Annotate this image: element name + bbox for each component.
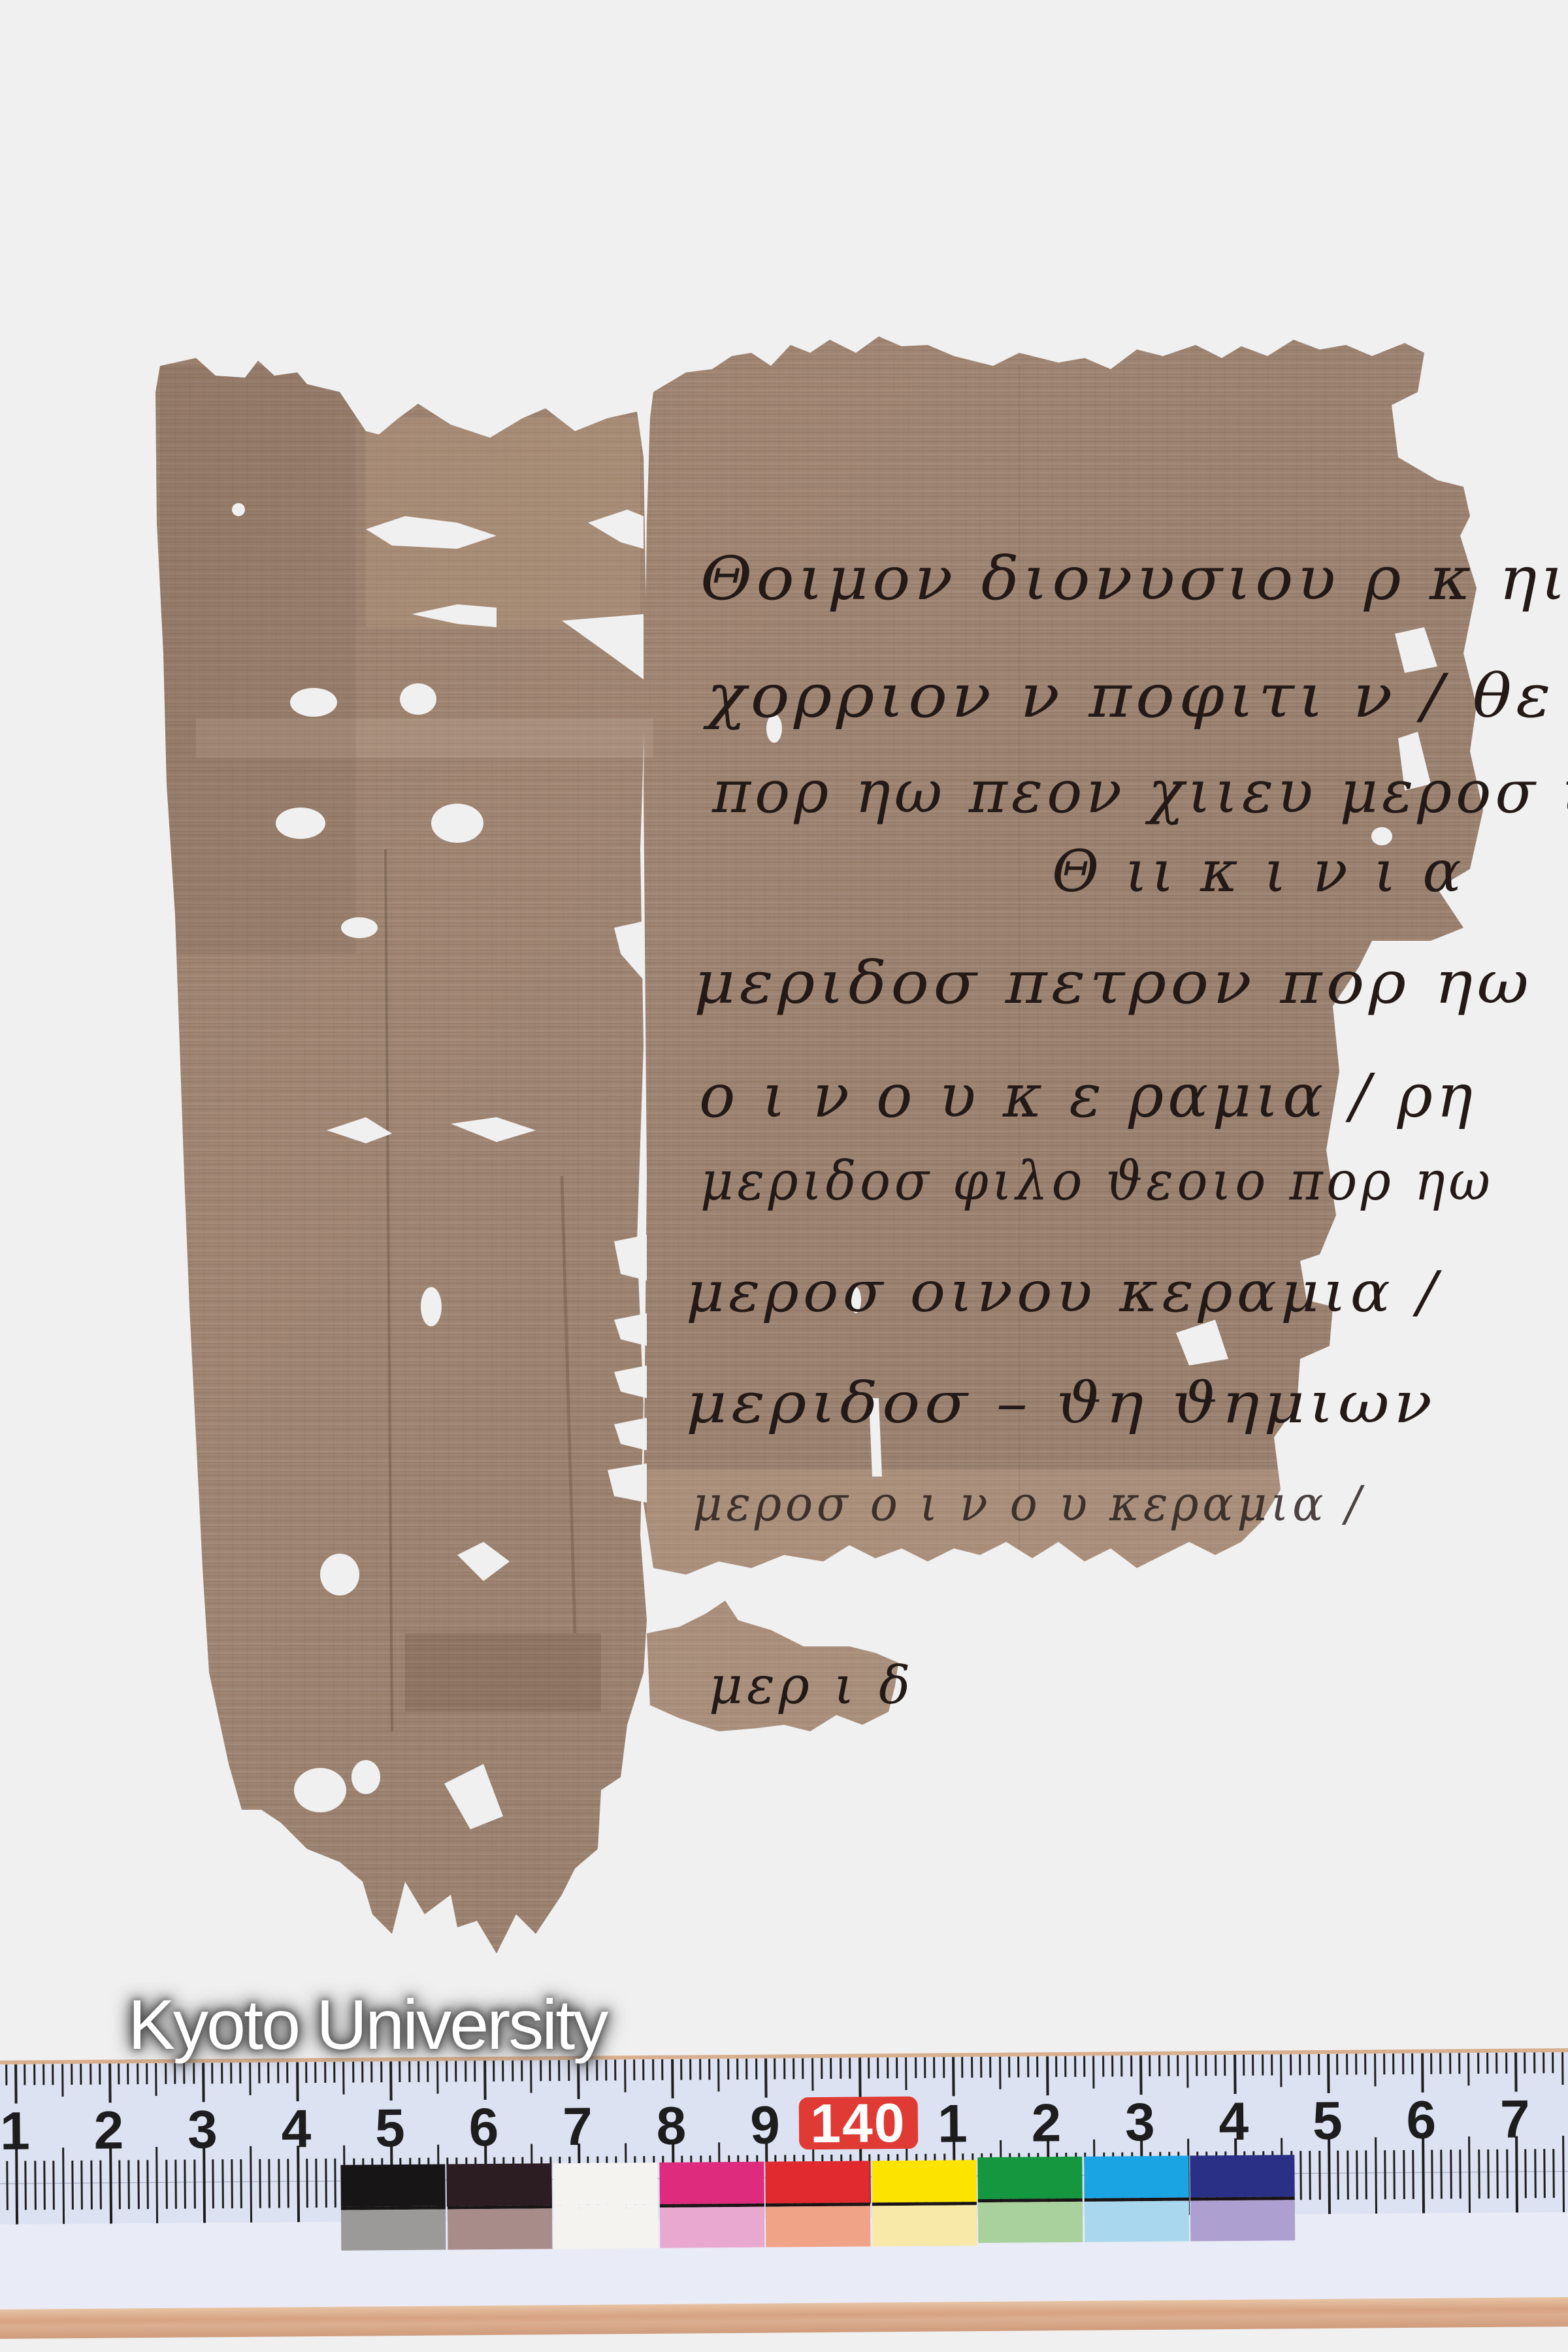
ruler-tick bbox=[1384, 2150, 1386, 2199]
ruler-tick bbox=[184, 2160, 187, 2209]
ruler-tick bbox=[1299, 2151, 1302, 2200]
ruler-tick bbox=[1562, 2136, 1565, 2213]
ruler-tick bbox=[1008, 2057, 1010, 2078]
ruler-tick bbox=[174, 2160, 177, 2209]
ruler-tick bbox=[1440, 2150, 1443, 2199]
ruler-number: 2 bbox=[82, 2104, 135, 2158]
ruler-tick bbox=[1430, 2053, 1432, 2074]
ruler-tick bbox=[53, 2161, 56, 2210]
color-chip-top bbox=[447, 2163, 551, 2206]
ruler-tick bbox=[25, 2161, 27, 2210]
ruler-tick bbox=[1196, 2055, 1198, 2076]
ruler-tick bbox=[258, 2063, 260, 2083]
ruler-tick bbox=[680, 2059, 682, 2080]
ruler-tick bbox=[325, 2159, 327, 2208]
ruler-tick bbox=[1411, 2053, 1413, 2074]
ruler-tick bbox=[689, 2059, 691, 2080]
ruler-tick bbox=[840, 2058, 841, 2079]
ruler-tick bbox=[1055, 2056, 1057, 2077]
ruler-number: 2 bbox=[1020, 2097, 1073, 2151]
ruler-tick bbox=[1543, 2149, 1546, 2198]
ruler-tick bbox=[1374, 2053, 1376, 2086]
ruler-tick bbox=[155, 2063, 157, 2096]
papyrus-text-line-6: ο ι ν ο υ κ ε ραμια ∕ ρη bbox=[699, 1066, 1477, 1126]
ruler-tick bbox=[1027, 2056, 1029, 2077]
ruler-tick bbox=[774, 2059, 776, 2080]
ruler-tick bbox=[1318, 2054, 1320, 2075]
ruler-tick bbox=[1318, 2151, 1321, 2200]
ruler-tick bbox=[1262, 2055, 1264, 2076]
ruler-tick bbox=[1158, 2055, 1160, 2076]
ruler-tick bbox=[811, 2058, 813, 2091]
ruler-tick bbox=[1243, 2055, 1245, 2076]
ruler-tick bbox=[783, 2058, 785, 2079]
ruler-tick bbox=[924, 2057, 926, 2078]
ruler-tick bbox=[1336, 2054, 1338, 2075]
ruler-tick bbox=[727, 2059, 729, 2080]
ruler-tick bbox=[1431, 2150, 1433, 2199]
ruler-tick bbox=[230, 2063, 232, 2083]
ruler-tick bbox=[652, 2059, 654, 2080]
color-chip-top bbox=[765, 2161, 870, 2203]
ruler-tick bbox=[1553, 2149, 1556, 2198]
ruler-tick bbox=[1036, 2056, 1038, 2077]
ruler-tick bbox=[1139, 2055, 1142, 2095]
ruler-tick bbox=[1477, 2053, 1479, 2074]
ruler-tick bbox=[6, 2161, 8, 2210]
color-chip-red bbox=[765, 2161, 870, 2247]
color-chip-bottom bbox=[447, 2208, 551, 2249]
ruler-tick bbox=[80, 2064, 82, 2085]
color-chip-yellow bbox=[872, 2160, 977, 2246]
color-chip-green bbox=[977, 2157, 1083, 2243]
ruler-tick bbox=[1356, 2151, 1358, 2200]
ruler-tick bbox=[896, 2057, 898, 2078]
ruler-tick bbox=[287, 2159, 289, 2208]
ruler-tick bbox=[1403, 2150, 1405, 2199]
ruler-tick bbox=[221, 2159, 224, 2208]
ruler-tick bbox=[1459, 2149, 1462, 2198]
ruler-tick bbox=[933, 2057, 935, 2078]
ruler-tick bbox=[868, 2057, 870, 2078]
color-chip-cyan bbox=[1084, 2156, 1189, 2242]
ruler-tick bbox=[1486, 2053, 1488, 2074]
ruler-tick bbox=[1355, 2054, 1357, 2075]
ruler-tick bbox=[269, 2159, 271, 2208]
ruler-tick bbox=[61, 2064, 63, 2097]
ruler-tick bbox=[1092, 2056, 1094, 2089]
ruler-tick bbox=[90, 2161, 93, 2210]
ruler-highlight-badge: 140 bbox=[798, 2097, 918, 2149]
color-chip-bottom bbox=[1190, 2200, 1295, 2241]
ruler-tick bbox=[745, 2059, 747, 2080]
ruler-tick bbox=[211, 2063, 213, 2083]
ruler-number: 5 bbox=[364, 2102, 417, 2156]
ruler-tick bbox=[1111, 2055, 1113, 2076]
ruler-tick bbox=[1524, 2053, 1526, 2074]
ruler-tick bbox=[128, 2160, 131, 2209]
ruler-tick bbox=[717, 2059, 719, 2091]
ruler-tick bbox=[849, 2058, 851, 2079]
ruler-tick bbox=[1149, 2055, 1151, 2076]
ruler-tick bbox=[33, 2064, 35, 2085]
color-chip-bottom bbox=[553, 2208, 658, 2249]
ruler-tick bbox=[5, 2065, 7, 2085]
ruler-tick bbox=[999, 2057, 1001, 2089]
ruler-tick bbox=[1450, 2149, 1452, 2198]
ruler-tick bbox=[249, 2063, 251, 2095]
ruler-tick bbox=[118, 2160, 121, 2209]
ruler-tick bbox=[887, 2057, 889, 2078]
ruler-tick bbox=[1364, 2053, 1366, 2074]
ruler-number: 6 bbox=[457, 2101, 510, 2155]
ruler-tick bbox=[1337, 2151, 1340, 2200]
ruler-tick bbox=[221, 2063, 223, 2083]
ruler-tick bbox=[296, 2062, 299, 2101]
color-chip-top bbox=[872, 2160, 976, 2202]
ruler-tick bbox=[1046, 2056, 1049, 2095]
color-chip-top bbox=[340, 2164, 445, 2206]
ruler-tick bbox=[286, 2062, 288, 2083]
ruler-tick bbox=[1215, 2055, 1217, 2076]
ruler-tick bbox=[1552, 2052, 1554, 2073]
ruler-tick bbox=[277, 2062, 279, 2083]
ruler-tick bbox=[1394, 2150, 1396, 2199]
ruler-tick bbox=[1533, 2052, 1535, 2073]
ruler-tick bbox=[1467, 2053, 1469, 2085]
ruler-tick bbox=[1497, 2149, 1499, 2198]
ruler-tick bbox=[671, 2059, 674, 2099]
ruler-number: 1 bbox=[0, 2104, 41, 2159]
ruler-tick bbox=[1186, 2055, 1188, 2088]
ruler-tick bbox=[952, 2057, 955, 2096]
ruler-tick bbox=[34, 2161, 37, 2210]
ruler-tick bbox=[1120, 2055, 1122, 2076]
color-chip-magenta bbox=[659, 2162, 764, 2248]
ruler-tick bbox=[1074, 2056, 1076, 2077]
ruler-tick bbox=[1271, 2055, 1273, 2076]
ruler-tick bbox=[708, 2059, 710, 2080]
ruler-number: 7 bbox=[551, 2100, 604, 2155]
ruler-number: 4 bbox=[270, 2102, 323, 2157]
ruler-tick bbox=[615, 2059, 617, 2080]
ruler-tick bbox=[137, 2160, 140, 2209]
ruler-tick bbox=[792, 2058, 794, 2079]
color-chip-blue bbox=[1190, 2155, 1295, 2241]
kyoto-university-watermark: Kyoto University bbox=[128, 1984, 606, 2065]
ruler-tick bbox=[90, 2064, 91, 2085]
ruler-number: 3 bbox=[1114, 2096, 1167, 2150]
papyrus-text-line-7: μεριδοσ φιλο ϑεοιο πορ ηω bbox=[700, 1155, 1494, 1209]
ruler-tick bbox=[127, 2063, 129, 2084]
ruler-number: 3 bbox=[176, 2103, 229, 2157]
ruler-tick bbox=[193, 2063, 195, 2084]
ruler-tick bbox=[961, 2057, 963, 2078]
papyrus-text-line-2: χορριον ν ποφιτι ν ∕ θε bbox=[707, 666, 1555, 727]
ruler-tick bbox=[1177, 2055, 1179, 2076]
ruler-tick bbox=[146, 2160, 149, 2209]
ruler-tick bbox=[240, 2159, 243, 2208]
ruler-tick bbox=[1168, 2055, 1169, 2076]
ruler-number: 6 bbox=[1395, 2093, 1448, 2148]
ruler-tick bbox=[1514, 2053, 1517, 2092]
ruler-tick bbox=[821, 2058, 823, 2079]
ruler-tick bbox=[755, 2059, 757, 2080]
ruler-tick bbox=[1505, 2053, 1507, 2074]
ruler-tick bbox=[250, 2146, 252, 2223]
ruler-tick bbox=[43, 2161, 46, 2210]
ruler-tick bbox=[1383, 2053, 1385, 2074]
ruler-tick bbox=[1412, 2150, 1414, 2199]
ruler-tick bbox=[1083, 2056, 1085, 2077]
ruler-tick bbox=[231, 2159, 233, 2208]
ruler-tick bbox=[1375, 2137, 1377, 2214]
ruler-tick bbox=[1458, 2053, 1460, 2074]
color-chip-top bbox=[659, 2162, 764, 2204]
ruler-tick bbox=[1365, 2150, 1368, 2199]
ruler-tick bbox=[202, 2063, 204, 2102]
ruler-tick bbox=[99, 2161, 102, 2210]
ruler-tick bbox=[174, 2063, 176, 2084]
ruler-tick bbox=[306, 2159, 308, 2208]
ruler-tick bbox=[1308, 2054, 1310, 2075]
ruler-tick bbox=[802, 2058, 804, 2079]
papyrus-text-line-3: πορ ηω πεον χιιευ μεροσ ι bbox=[712, 763, 1568, 822]
ruler-tick bbox=[1506, 2149, 1509, 2198]
papyrus-text-line-1: Θοιμον διονυσιου ρ κ ηι πηυ bbox=[700, 549, 1568, 609]
ruler-tick bbox=[830, 2058, 832, 2079]
color-chip-black bbox=[340, 2164, 446, 2250]
color-chip-bottom bbox=[1084, 2201, 1188, 2242]
ruler-number: 1 bbox=[926, 2097, 979, 2151]
measurement-ruler: 1234567891401234567 bbox=[0, 2039, 1568, 2339]
ruler-tick bbox=[24, 2065, 25, 2085]
color-chip-bottom bbox=[766, 2206, 870, 2247]
ruler-tick bbox=[146, 2063, 148, 2084]
ruler-tick bbox=[334, 2159, 336, 2208]
ruler-tick bbox=[1233, 2055, 1236, 2094]
ruler-tick bbox=[990, 2057, 992, 2078]
ruler-tick bbox=[137, 2063, 139, 2084]
ruler-tick bbox=[71, 2064, 73, 2085]
ruler-tick bbox=[62, 2148, 65, 2225]
ruler-tick bbox=[118, 2063, 120, 2084]
ruler-tick bbox=[1290, 2054, 1292, 2075]
ruler-tick bbox=[1280, 2054, 1282, 2087]
ruler-tick bbox=[1402, 2053, 1404, 2074]
ruler-tick bbox=[624, 2059, 626, 2092]
ruler-tick bbox=[183, 2063, 185, 2084]
ruler-tick bbox=[764, 2059, 767, 2098]
ruler-tick bbox=[42, 2064, 44, 2085]
ruler-tick bbox=[1347, 2151, 1349, 2200]
ruler-number: 8 bbox=[645, 2099, 698, 2153]
color-chip-bottom bbox=[978, 2202, 1083, 2243]
ruler-tick bbox=[1309, 2151, 1312, 2200]
ruler-number: 7 bbox=[1489, 2093, 1542, 2147]
color-chip-bottom bbox=[659, 2207, 764, 2248]
ruler-tick bbox=[71, 2161, 74, 2210]
ruler-tick bbox=[99, 2064, 101, 2085]
ruler-tick bbox=[436, 2061, 438, 2094]
color-chip-bottom bbox=[872, 2205, 976, 2246]
papyrus-text-line-5: μεριδοσ πετρον πορ ηω bbox=[694, 954, 1533, 1013]
color-chip-top bbox=[553, 2163, 657, 2205]
ruler-tick bbox=[736, 2059, 738, 2080]
ruler-tick bbox=[643, 2059, 645, 2080]
ruler-tick bbox=[1064, 2056, 1066, 2077]
ruler-tick bbox=[1543, 2052, 1544, 2073]
ruler-tick bbox=[1224, 2055, 1226, 2076]
ruler-tick bbox=[980, 2057, 982, 2078]
ruler-tick bbox=[577, 2060, 580, 2099]
ruler-tick bbox=[905, 2057, 907, 2090]
ruler-tick bbox=[971, 2057, 973, 2078]
ruler-tick bbox=[1439, 2053, 1441, 2074]
ruler-tick bbox=[165, 2160, 168, 2209]
ruler-number: 4 bbox=[1207, 2095, 1260, 2149]
ruler-tick bbox=[212, 2159, 215, 2208]
ruler-tick bbox=[14, 2065, 17, 2104]
papyrus-text-line-4: Θ ιι κ ι ν ι α bbox=[1052, 843, 1465, 900]
ruler-tick bbox=[165, 2063, 167, 2084]
ruler-tick bbox=[1130, 2055, 1132, 2076]
color-chip-brown bbox=[447, 2163, 552, 2249]
color-chip-bottom bbox=[341, 2209, 446, 2250]
papyrus-text-line-9: μεριδοσ – ϑη ϑημιων bbox=[686, 1375, 1437, 1431]
ruler-tick bbox=[1252, 2055, 1254, 2076]
ruler-tick bbox=[877, 2057, 879, 2078]
ruler-number: 9 bbox=[739, 2099, 792, 2153]
ruler-tick bbox=[108, 2064, 111, 2103]
ruler-tick bbox=[155, 2147, 158, 2224]
ruler-tick bbox=[483, 2061, 486, 2100]
ruler-tick bbox=[858, 2057, 861, 2097]
ruler-tick bbox=[633, 2059, 635, 2080]
ruler-tick bbox=[1478, 2149, 1480, 2198]
papyrus-text-line-11: μερ ι δ bbox=[709, 1659, 914, 1712]
ruler-tick bbox=[1495, 2053, 1497, 2074]
ruler-tick bbox=[1561, 2052, 1563, 2085]
ruler-tick bbox=[315, 2159, 318, 2208]
color-chip-top bbox=[977, 2157, 1082, 2199]
ruler-tick bbox=[1525, 2149, 1527, 2198]
ruler-tick bbox=[1449, 2053, 1451, 2074]
ruler-tick bbox=[1327, 2054, 1330, 2093]
ruler-tick bbox=[52, 2064, 54, 2085]
papyrus-text-line-8: μεροσ οινου κεραμια ∕ bbox=[686, 1264, 1441, 1320]
ruler-tick bbox=[389, 2061, 392, 2100]
color-chip-top bbox=[1084, 2156, 1188, 2198]
papyrus-text-line-10: μεροσ ο ι ν ο υ κεραμια ∕ bbox=[693, 1480, 1365, 1528]
ruler-tick bbox=[1102, 2056, 1104, 2077]
ruler-tick bbox=[1534, 2149, 1537, 2198]
ruler-tick bbox=[943, 2057, 945, 2078]
ruler-tick bbox=[1468, 2136, 1471, 2213]
ruler-tick bbox=[342, 2062, 344, 2095]
ruler-tick bbox=[1299, 2054, 1301, 2075]
ruler-tick bbox=[268, 2063, 270, 2083]
ruler-number: 5 bbox=[1301, 2095, 1354, 2149]
ruler-tick bbox=[278, 2159, 280, 2208]
ruler-tick bbox=[240, 2063, 242, 2083]
ruler-tick bbox=[1018, 2057, 1020, 2078]
ruler-tick bbox=[193, 2160, 196, 2209]
ruler-tick bbox=[1487, 2149, 1490, 2198]
ruler-tick bbox=[81, 2161, 84, 2210]
ruler-tick bbox=[259, 2159, 261, 2208]
color-chip-top bbox=[1190, 2155, 1294, 2197]
ruler-tick bbox=[699, 2059, 701, 2080]
ruler-tick bbox=[1393, 2053, 1395, 2074]
ruler-tick bbox=[1421, 2053, 1424, 2093]
ruler-tick bbox=[1346, 2054, 1348, 2075]
ruler-tick bbox=[1205, 2055, 1207, 2076]
color-chip-white bbox=[553, 2163, 658, 2249]
ruler-tick bbox=[661, 2059, 663, 2080]
ruler-tick bbox=[915, 2057, 917, 2078]
